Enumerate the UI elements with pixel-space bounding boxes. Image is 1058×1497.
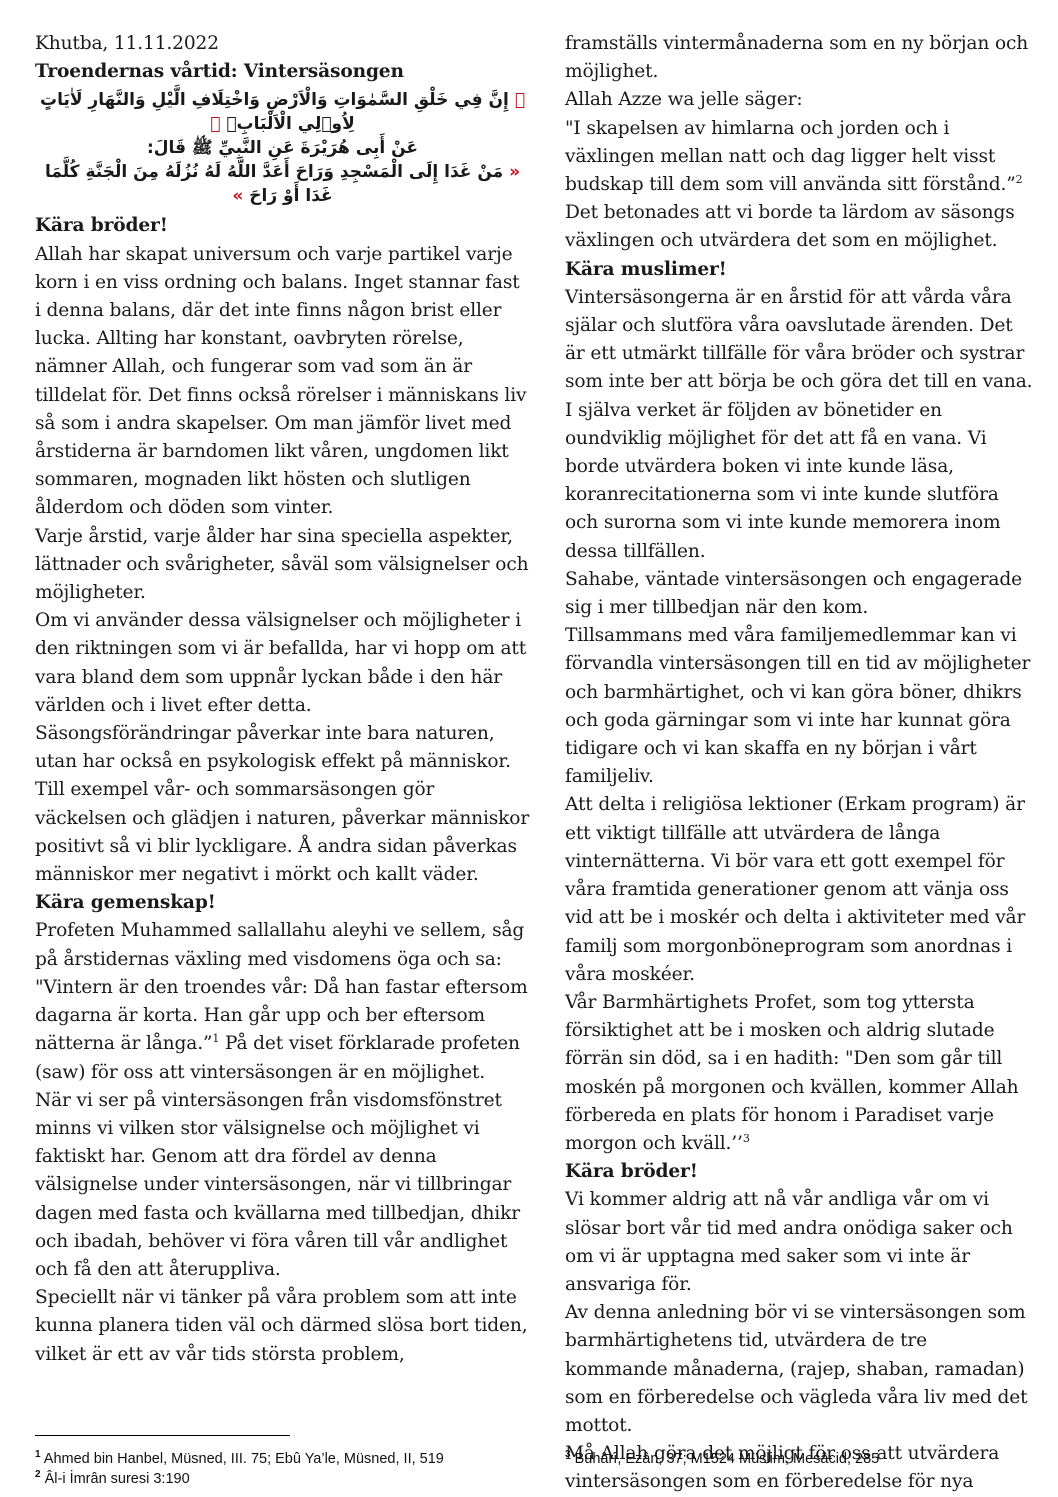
- right-column: framställs vintermånaderna som en ny bör…: [565, 30, 1035, 1497]
- heading-kara-broder-2: Kära bröder!: [565, 1158, 1035, 1186]
- verse-open-bracket: ﴿: [515, 90, 525, 110]
- heading-kara-muslimer: Kära muslimer!: [565, 256, 1035, 284]
- page-title: Troendernas vårtid: Vintersäsongen: [35, 58, 530, 86]
- paragraph: Vi kommer aldrig att nå vår andliga vår …: [565, 1186, 1035, 1299]
- paragraph: Speciellt när vi tänker på våra problem …: [35, 1284, 530, 1369]
- paragraph: Sahabe, väntade vintersäsongen och engag…: [565, 566, 1035, 622]
- hadith-quote: « مَنْ غَدَا إِلَى الْمَسْجِدِ وَرَاحَ أ…: [35, 160, 530, 208]
- paragraph-text: "I skapelsen av himlarna och jorden och …: [565, 118, 1016, 195]
- paragraph: När vi ser på vintersäsongen från visdom…: [35, 1087, 530, 1284]
- hadith-intro: عَنْ أَبِى هُرَيْرَةَ عَنِ النَّبِيِّ ﷺ …: [35, 136, 530, 160]
- footnote-number: 2: [35, 1469, 41, 1480]
- hadith-close-quote: »: [232, 186, 243, 206]
- paragraph-text: Vår Barmhärtighets Profet, som tog ytter…: [565, 992, 1018, 1154]
- heading-kara-gemenskap: Kära gemenskap!: [35, 889, 530, 917]
- date-line: Khutba, 11.11.2022: [35, 30, 530, 58]
- footnote-ref-2[interactable]: 2: [1016, 173, 1023, 186]
- heading-kara-broder: Kära bröder!: [35, 212, 530, 240]
- paragraph: Säsongsförändringar påverkar inte bara n…: [35, 720, 530, 889]
- paragraph: Om vi använder dessa välsignelser och mö…: [35, 607, 530, 720]
- paragraph: I själva verket är följden av bönetider …: [565, 397, 1035, 566]
- paragraph: Allah har skapat universum och varje par…: [35, 241, 530, 523]
- hadith-text: مَنْ غَدَا إِلَى الْمَسْجِدِ وَرَاحَ أَع…: [45, 162, 503, 206]
- footnote-text: Buhârî, Ezân, 37; M1524 Müslim, Mesâcid,…: [575, 1451, 880, 1467]
- footnotes-left: 1 Ahmed bin Hanbel, Müsned, III. 75; Ebû…: [35, 1449, 535, 1489]
- paragraph: Allah Azze wa jelle säger:: [565, 86, 1035, 114]
- verse-text: إِنَّ فِي خَلْقِ السَّمٰوَاتِ وَالْاَرْض…: [40, 90, 509, 134]
- footnote-divider: [35, 1435, 290, 1436]
- footnotes-right: 3 Buhârî, Ezân, 37; M1524 Müslim, Mesâci…: [565, 1449, 1025, 1469]
- paragraph: Tillsammans med våra familjemedlemmar ka…: [565, 622, 1035, 791]
- paragraph: Profeten Muhammed sallallahu aleyhi ve s…: [35, 917, 530, 1086]
- paragraph: Vintersäsongerna är en årstid för att vå…: [565, 284, 1035, 397]
- paragraph: Vår Barmhärtighets Profet, som tog ytter…: [565, 989, 1035, 1158]
- footnote-number: 1: [35, 1449, 41, 1460]
- footnote-ref-3[interactable]: 3: [743, 1132, 750, 1145]
- arabic-block: ﴿ إِنَّ فِي خَلْقِ السَّمٰوَاتِ وَالْاَر…: [35, 88, 530, 208]
- paragraph: Att delta i religiösa lektioner (Erkam p…: [565, 791, 1035, 988]
- footnote-text: Âl-i İmrân suresi 3:190: [45, 1471, 190, 1487]
- left-column: Khutba, 11.11.2022 Troendernas vårtid: V…: [35, 30, 530, 1369]
- paragraph: framställs vintermånaderna som en ny bör…: [565, 30, 1035, 86]
- footnote-item: 3 Buhârî, Ezân, 37; M1524 Müslim, Mesâci…: [565, 1449, 1025, 1469]
- paragraph-text-after: Det betonades att vi borde ta lärdom av …: [565, 202, 1015, 251]
- quran-verse: ﴿ إِنَّ فِي خَلْقِ السَّمٰوَاتِ وَالْاَر…: [35, 88, 530, 136]
- paragraph: Av denna anledning bör vi se vintersäson…: [565, 1299, 1035, 1440]
- footnote-text: Ahmed bin Hanbel, Müsned, III. 75; Ebû Y…: [44, 1451, 444, 1467]
- footnote-number: 3: [565, 1449, 571, 1460]
- paragraph: Varje årstid, varje ålder har sina speci…: [35, 523, 530, 608]
- paragraph: "I skapelsen av himlarna och jorden och …: [565, 115, 1035, 256]
- hadith-open-quote: «: [509, 162, 520, 182]
- footnote-item: 2 Âl-i İmrân suresi 3:190: [35, 1469, 535, 1489]
- footnote-item: 1 Ahmed bin Hanbel, Müsned, III. 75; Ebû…: [35, 1449, 535, 1469]
- verse-close-bracket: ﴾: [210, 114, 220, 134]
